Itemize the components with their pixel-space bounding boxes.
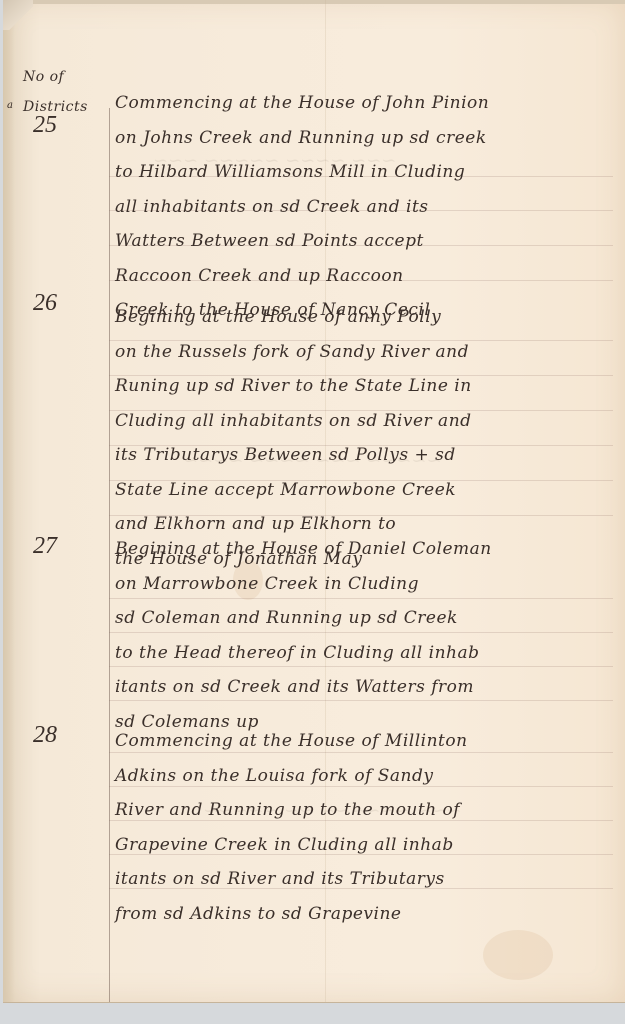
entry-line: Begining at the House of Daniel Coleman <box>115 532 615 567</box>
manuscript-page: ~~~ ~~~~ ~~~~~ ~~~ ~~~~~ ~~~ ~~~~ ~~~~ ~… <box>3 0 625 1003</box>
margin-mark: a <box>7 100 13 111</box>
entry-line: itants on sd Creek and its Watters from <box>115 670 615 705</box>
entry-line: Grapevine Creek in Cluding all inhab <box>115 828 615 863</box>
district-number: 25 <box>33 112 57 139</box>
entry-line: Begining at the House of anny Polly <box>115 300 615 335</box>
column-header-line1: No of <box>23 62 88 92</box>
margin-rule <box>109 108 110 1002</box>
district-number: 28 <box>33 722 57 749</box>
entry-line: on Johns Creek and Running up sd creek <box>115 121 615 156</box>
entry-line: Adkins on the Louisa fork of Sandy <box>115 759 615 794</box>
entry-line: Runing up sd River to the State Line in <box>115 369 615 404</box>
document-viewport: ~~~ ~~~~ ~~~~~ ~~~ ~~~~~ ~~~ ~~~~ ~~~~ ~… <box>0 0 625 1024</box>
entry-line: to the Head thereof in Cluding all inhab <box>115 636 615 671</box>
district-number: 26 <box>33 290 57 317</box>
district-entry-28: Commencing at the House of Millinton Adk… <box>115 724 615 931</box>
entry-line: Watters Between sd Points accept <box>115 224 615 259</box>
corner-fold <box>3 0 33 30</box>
entry-line: Raccoon Creek and up Raccoon <box>115 259 615 294</box>
entry-line: River and Running up to the mouth of <box>115 793 615 828</box>
entry-line: sd Coleman and Running up sd Creek <box>115 601 615 636</box>
entry-line: on the Russels fork of Sandy River and <box>115 335 615 370</box>
page-top-edge <box>3 0 625 4</box>
district-entry-27: Begining at the House of Daniel Coleman … <box>115 532 615 739</box>
entry-line: Commencing at the House of Millinton <box>115 724 615 759</box>
entry-line: its Tributarys Between sd Pollys + sd <box>115 438 615 473</box>
entry-line: all inhabitants on sd Creek and its <box>115 190 615 225</box>
entry-line: Commencing at the House of John Pinion <box>115 86 615 121</box>
entry-line: Cluding all inhabitants on sd River and <box>115 404 615 439</box>
entry-line: on Marrowbone Creek in Cluding <box>115 567 615 602</box>
entry-line: State Line accept Marrowbone Creek <box>115 473 615 508</box>
entry-line: to Hilbard Williamsons Mill in Cluding <box>115 155 615 190</box>
district-number: 27 <box>33 533 57 560</box>
entry-line: itants on sd River and its Tributarys <box>115 862 615 897</box>
entry-line: from sd Adkins to sd Grapevine <box>115 897 615 932</box>
paper-stain <box>483 930 553 980</box>
district-entry-25: Commencing at the House of John Pinion o… <box>115 86 615 328</box>
